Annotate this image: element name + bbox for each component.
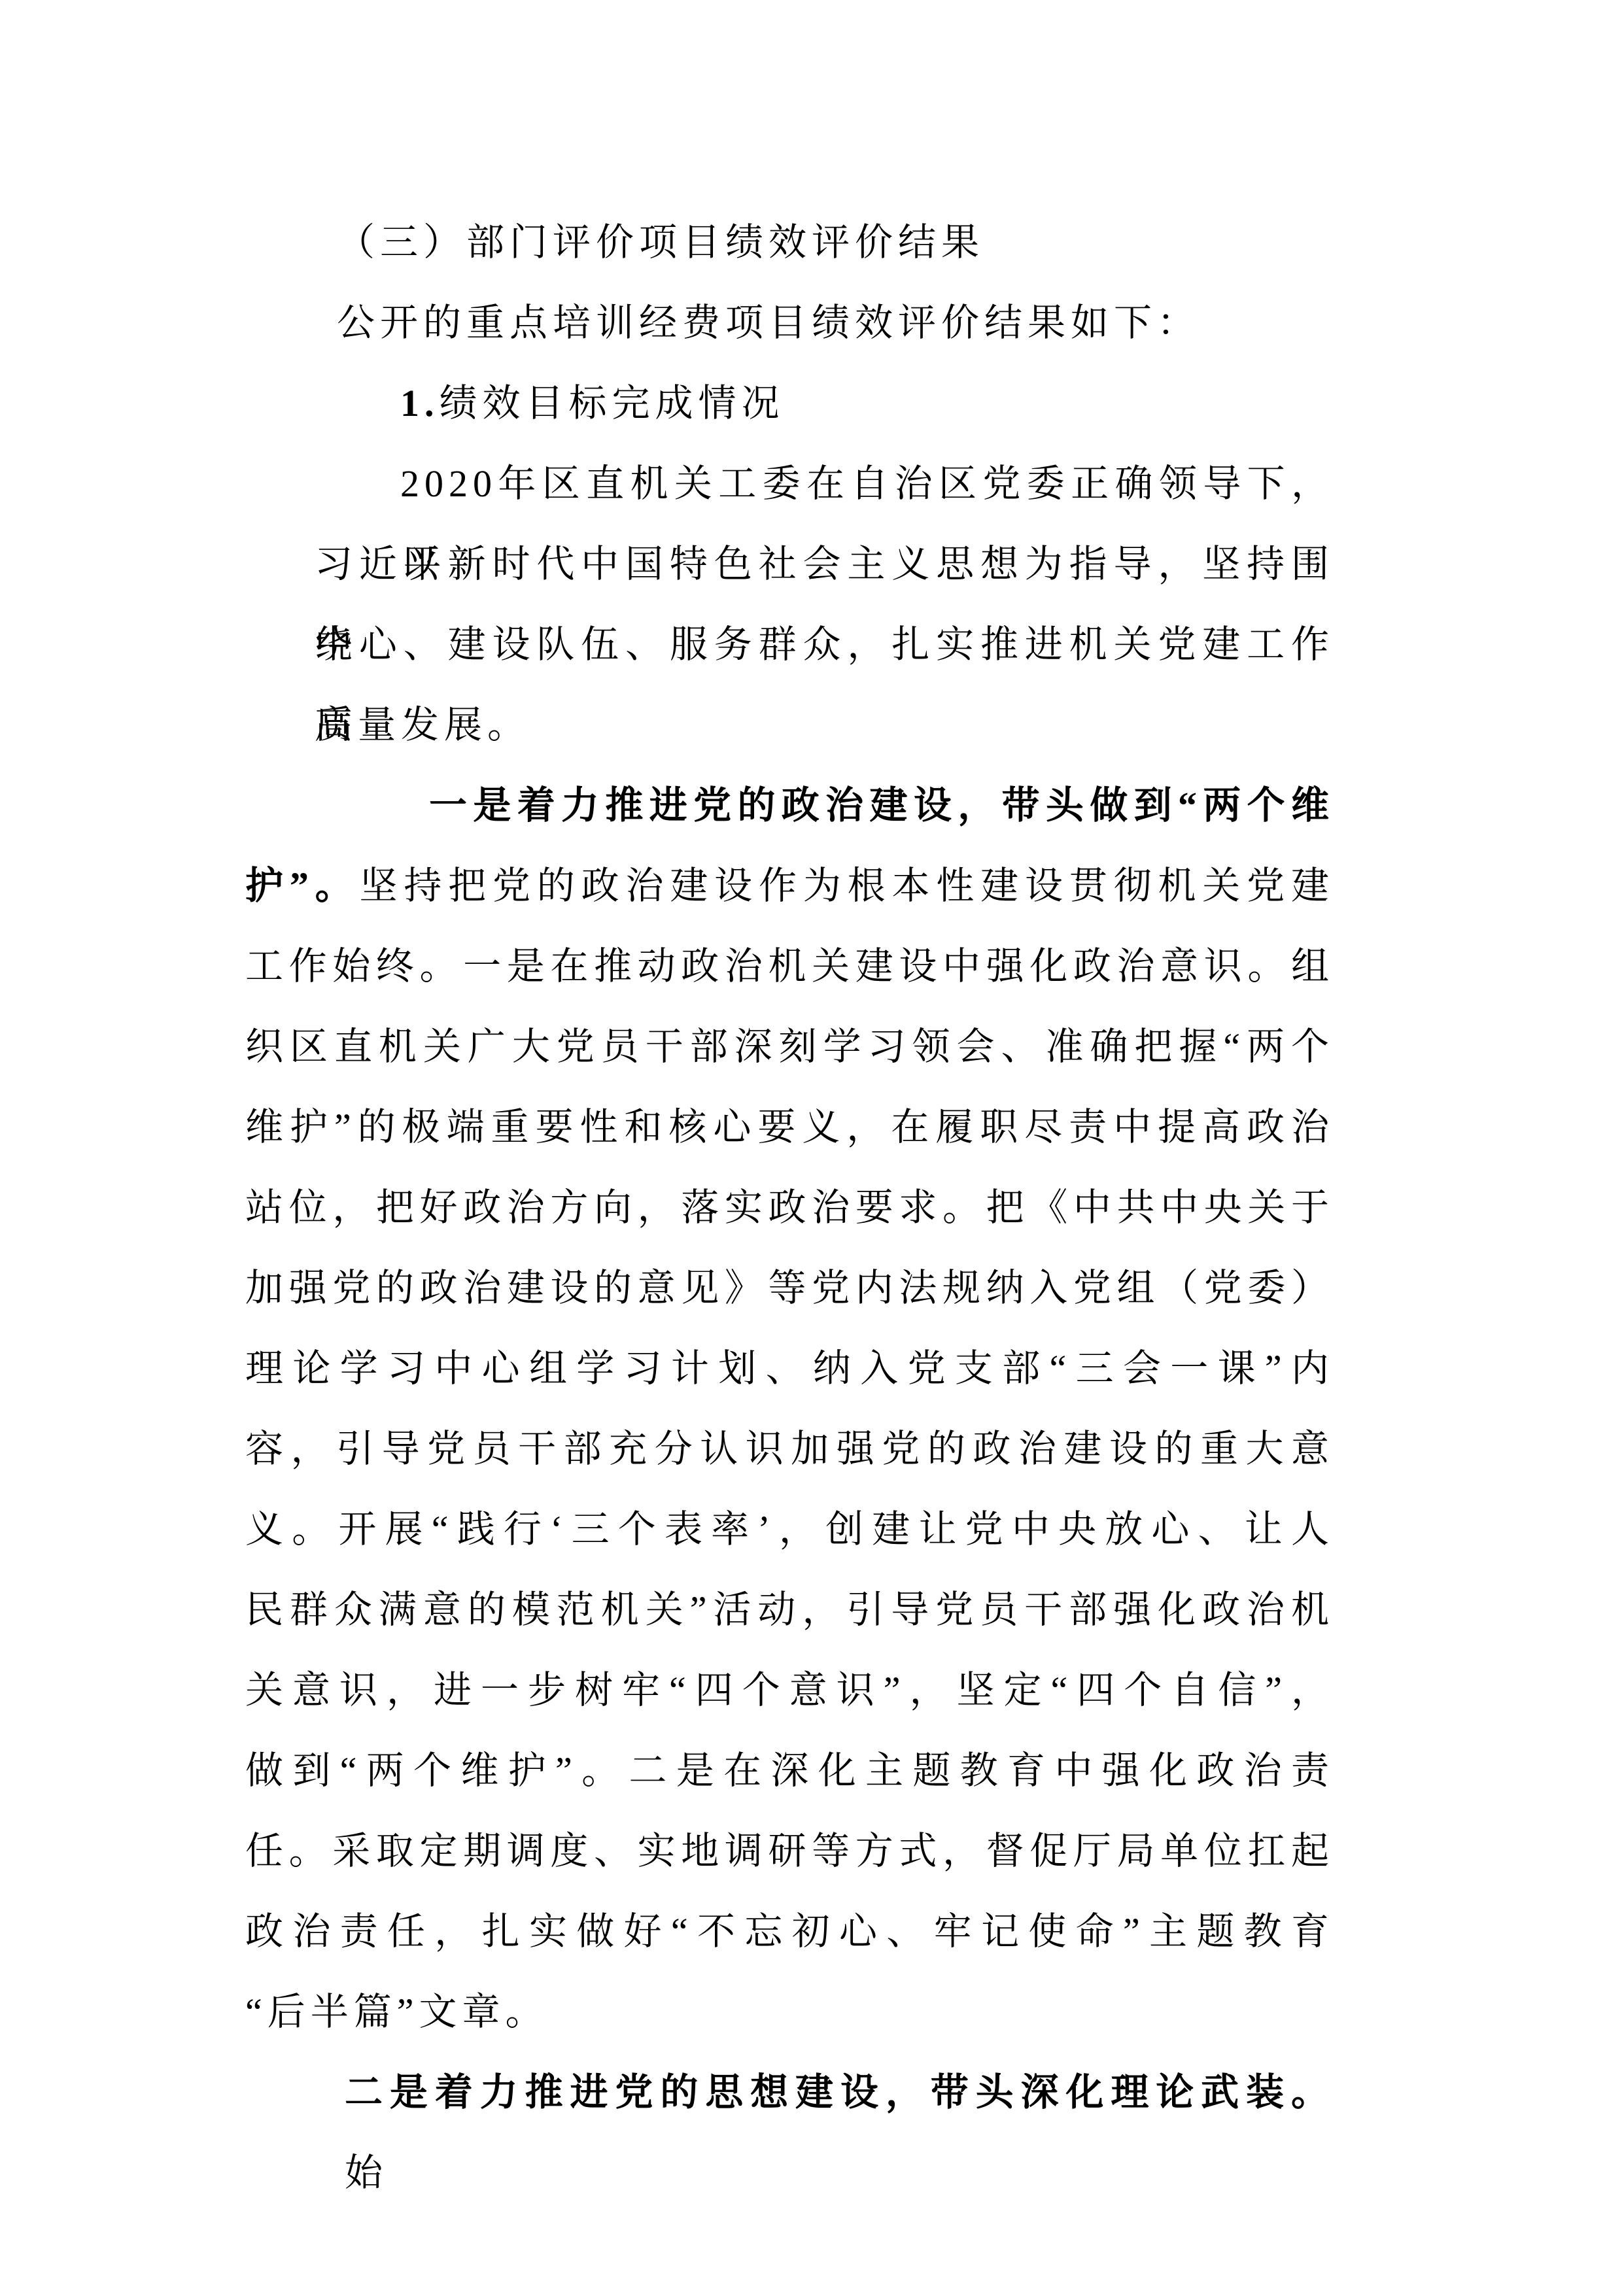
- text-segment: 做到“两个维护”。二是在深化主题教育中强化政治责: [245, 1749, 1334, 1792]
- text-line: 中心、建设队伍、服务群众，扎实推进机关党建工作高: [245, 604, 1334, 685]
- text-line: 习近平新时代中国特色社会主义思想为指导，坚持围绕: [245, 524, 1334, 604]
- text-line: “后半篇”文章。: [245, 1972, 1334, 2052]
- text-segment: 站位，把好政治方向，落实政治要求。把《中共中央关于: [245, 1186, 1334, 1229]
- text-segment: 任。采取定期调度、实地调研等方式，督促厅局单位扛起: [245, 1830, 1334, 1872]
- text-line: 维护”的极端重要性和核心要义，在履职尽责中提高政治: [245, 1087, 1334, 1167]
- document-page: （三）部门评价项目绩效评价结果 公开的重点培训经费项目绩效评价结果如下： 1.绩…: [0, 0, 1624, 2296]
- text-segment: 织区直机关广大党员干部深刻学习领会、准确把握“两个: [245, 1025, 1334, 1068]
- text-segment: 始: [345, 2151, 388, 2194]
- text-line: 一是着力推进党的政治建设，带头做到“两个维: [245, 765, 1334, 846]
- text-segment: 理论学习中心组学习计划、纳入党支部“三会一课”内: [245, 1347, 1334, 1390]
- text-line: 做到“两个维护”。二是在深化主题教育中强化政治责: [245, 1730, 1334, 1811]
- text-segment: 坚持把党的政治建设作为根本性建设贯彻机关党建: [360, 865, 1334, 907]
- text-segment: 关意识，进一步树牢“四个意识”，坚定“四个自信”，: [245, 1669, 1334, 1711]
- text-segment: “后半篇”文章。: [245, 1991, 549, 2033]
- bold-text-segment: 一是着力推进党的政治建设，带头做到“两个维: [429, 784, 1334, 827]
- text-segment: 绩效目标完成情况: [440, 382, 785, 424]
- text-line: 关意识，进一步树牢“四个意识”，坚定“四个自信”，: [245, 1650, 1334, 1730]
- text-line: 民群众满意的模范机关”活动，引导党员干部强化政治机: [245, 1569, 1334, 1650]
- text-segment: 维护”的极端重要性和核心要义，在履职尽责中提高政治: [245, 1106, 1334, 1148]
- bold-text-segment: 护”。: [245, 865, 360, 907]
- text-line: 2020年区直机关工委在自治区党委正确领导下，以: [245, 443, 1334, 524]
- text-segment: 质量发展。: [315, 704, 530, 746]
- text-line: 加强党的政治建设的意见》等党内法规纳入党组（党委）: [245, 1248, 1334, 1328]
- text-line: 护”。坚持把党的政治建设作为根本性建设贯彻机关党建: [245, 846, 1334, 926]
- text-segment: 加强党的政治建设的意见》等党内法规纳入党组（党委）: [245, 1267, 1334, 1309]
- text-segment: 工作始终。一是在推动政治机关建设中强化政治意识。组: [245, 945, 1334, 987]
- text-line: （三）部门评价项目绩效评价结果: [245, 202, 1334, 283]
- text-line: 理论学习中心组学习计划、纳入党支部“三会一课”内: [245, 1328, 1334, 1409]
- text-line: 站位，把好政治方向，落实政治要求。把《中共中央关于: [245, 1167, 1334, 1248]
- bold-text-segment: 二是着力推进党的思想建设，带头深化理论武装。: [345, 2071, 1334, 2114]
- bold-text-segment: 1.: [400, 382, 440, 424]
- text-line: 1.绩效目标完成情况: [245, 363, 1334, 443]
- text-line: 公开的重点培训经费项目绩效评价结果如下：: [245, 283, 1334, 363]
- text-line: 义。开展“践行‘三个表率’，创建让党中央放心、让人: [245, 1489, 1334, 1569]
- text-segment: 公开的重点培训经费项目绩效评价结果如下：: [337, 301, 1200, 344]
- text-segment: （三）部门评价项目绩效评价结果: [337, 221, 984, 264]
- text-segment: 政治责任，扎实做好“不忘初心、牢记使命”主题教育: [245, 1910, 1334, 1953]
- text-line: 政治责任，扎实做好“不忘初心、牢记使命”主题教育: [245, 1891, 1334, 1972]
- text-line: 织区直机关广大党员干部深刻学习领会、准确把握“两个: [245, 1006, 1334, 1087]
- text-line: 二是着力推进党的思想建设，带头深化理论武装。始: [245, 2052, 1334, 2133]
- text-segment: 义。开展“践行‘三个表率’，创建让党中央放心、让人: [245, 1508, 1334, 1551]
- text-line: 任。采取定期调度、实地调研等方式，督促厅局单位扛起: [245, 1811, 1334, 1891]
- text-segment: 容，引导党员干部充分认识加强党的政治建设的重大意: [245, 1428, 1334, 1470]
- text-line: 质量发展。: [245, 685, 1334, 765]
- text-segment: 民群众满意的模范机关”活动，引导党员干部强化政治机: [245, 1588, 1334, 1631]
- text-line: 工作始终。一是在推动政治机关建设中强化政治意识。组: [245, 926, 1334, 1006]
- text-line: 容，引导党员干部充分认识加强党的政治建设的重大意: [245, 1409, 1334, 1489]
- document-body: （三）部门评价项目绩效评价结果 公开的重点培训经费项目绩效评价结果如下： 1.绩…: [245, 202, 1334, 2133]
